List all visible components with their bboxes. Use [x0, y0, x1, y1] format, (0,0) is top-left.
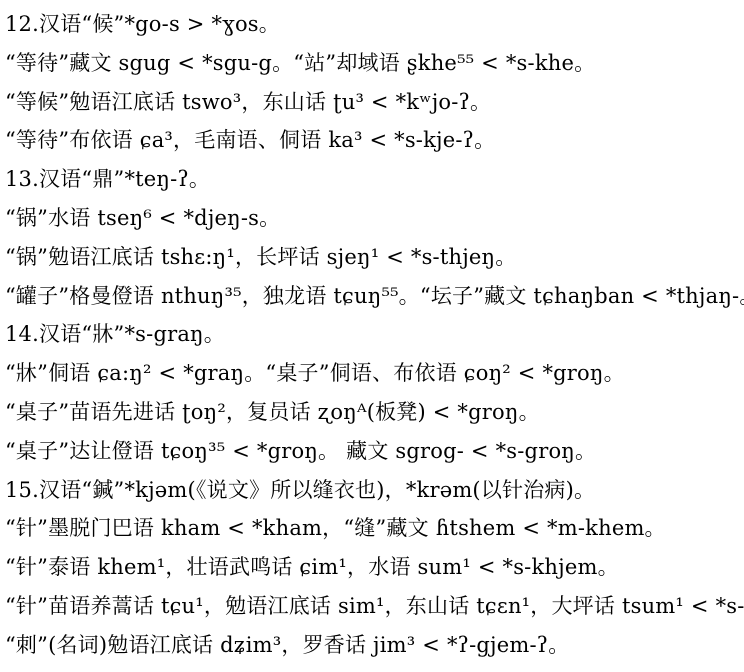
entry-13-cognate-line-1: “锅”水语 tseŋ⁶ < *djeŋ-s。 [5, 199, 742, 238]
entry-13-heading: 13.汉语“鼎”*teŋ-ʔ。 [5, 160, 742, 199]
page: { "page": { "background_color": "#ffffff… [0, 0, 744, 672]
entry-13-cognate-line-2: “锅”勉语江底话 tshɛ:ŋ¹，长坪话 sjeŋ¹ < *s-thjeŋ。 [5, 238, 742, 277]
entry-13-cognate-line-3: “罐子”格曼僜语 nthuŋ³⁵，独龙语 tɕuŋ⁵⁵。“坛子”藏文 tɕhaŋ… [5, 277, 742, 316]
entry-15-cognate-line-2: “针”泰语 khem¹，壮语武鸣话 ɕim¹，水语 sum¹ < *s-khje… [5, 548, 742, 587]
entry-12-cognate-line-2: “等候”勉语江底话 tswo³，东山话 ʈu³ < *kʷjo-ʔ。 [5, 83, 742, 122]
entry-14-cognate-line-2: “桌子”苗语先进话 ʈoŋ²，复员话 ʐoŋᴬ(板凳) < *groŋ。 [5, 393, 742, 432]
entry-12-heading: 12.汉语“候”*go-s > *ɣos。 [5, 5, 742, 44]
entry-12-cognate-line-3: “等待”布依语 ɕa³，毛南语、侗语 ka³ < *s-kje-ʔ。 [5, 121, 742, 160]
entry-12: 12.汉语“候”*go-s > *ɣos。 “等待”藏文 sgug < *sgu… [5, 5, 742, 160]
entry-14-cognate-line-1: “牀”侗语 ɕa:ŋ² < *graŋ。“桌子”侗语、布依语 ɕoŋ² < *g… [5, 354, 742, 393]
text-page: 12.汉语“候”*go-s > *ɣos。 “等待”藏文 sgug < *sgu… [0, 0, 744, 665]
entry-15-cognate-line-4: “刺”(名词)勉语江底话 dʑim³，罗香话 jim³ < *ʔ-gjem-ʔ。 [5, 626, 742, 665]
entry-13: 13.汉语“鼎”*teŋ-ʔ。 “锅”水语 tseŋ⁶ < *djeŋ-s。 “… [5, 160, 742, 315]
entry-15-cognate-line-3: “针”苗语养蒿话 tɕu¹，勉语江底话 sim¹，东山话 tɕɛn¹，大坪话 t… [5, 587, 742, 626]
entry-14-heading: 14.汉语“牀”*s-graŋ。 [5, 315, 742, 354]
entry-15-cognate-line-1: “针”墨脱门巴语 kham < *kham，“缝”藏文 ɦtshem < *m-… [5, 509, 742, 548]
entry-15-heading: 15.汉语“鍼”*kjəm(《说文》所以缝衣也)，*krəm(以针治病)。 [5, 471, 742, 510]
entry-14-cognate-line-3: “桌子”达让僜语 tɕoŋ³⁵ < *groŋ。 藏文 sgrog- < *s-… [5, 432, 742, 471]
entry-12-cognate-line-1: “等待”藏文 sgug < *sgu-g。“站”却域语 ʂkhe⁵⁵ < *s-… [5, 44, 742, 83]
entry-14: 14.汉语“牀”*s-graŋ。 “牀”侗语 ɕa:ŋ² < *graŋ。“桌子… [5, 315, 742, 470]
entry-15: 15.汉语“鍼”*kjəm(《说文》所以缝衣也)，*krəm(以针治病)。 “针… [5, 471, 742, 665]
